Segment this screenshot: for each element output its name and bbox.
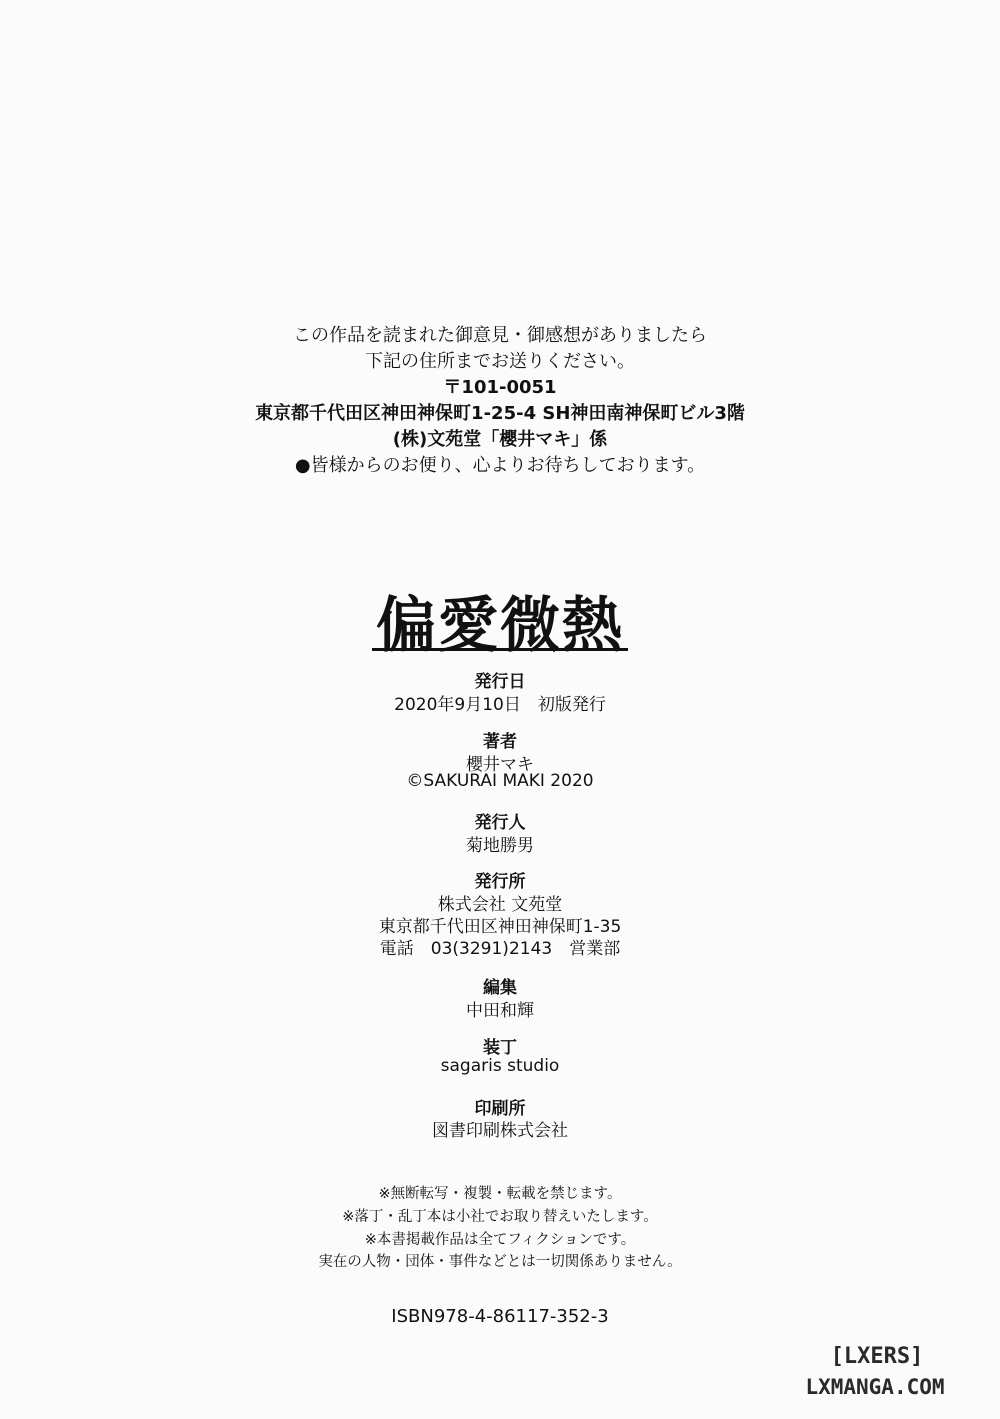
- book-title: 偏愛微熱: [0, 578, 1000, 664]
- notice-line-1: この作品を読まれた御意見・御感想がありましたら: [0, 321, 1000, 347]
- publisher-label: 発行所: [0, 867, 1000, 892]
- disclaimer-4: 実在の人物・団体・事件などとは一切関係ありません。: [0, 1250, 1000, 1271]
- notice-line-6: ●皆様からのお便り、心よりお待ちしております。: [0, 451, 1000, 477]
- publisher-phone: 電話 03(3291)2143 営業部: [0, 934, 1000, 959]
- isbn: ISBN978-4-86117-352-3: [0, 1306, 1000, 1327]
- design-value: sagaris studio: [0, 1056, 1000, 1076]
- design-label: 装丁: [0, 1033, 1000, 1058]
- notice-line-2: 下記の住所までお送りください。: [0, 347, 1000, 373]
- mailing-recipient: (株)文苑堂「櫻井マキ」係: [0, 425, 1000, 451]
- disclaimer-3: ※本書掲載作品は全てフィクションです。: [0, 1228, 1000, 1249]
- publication-date-label: 発行日: [0, 667, 1000, 692]
- editor-value: 中田和輝: [0, 996, 1000, 1021]
- editor-label: 編集: [0, 973, 1000, 998]
- disclaimer-2: ※落丁・乱丁本は小社でお取り替えいたします。: [0, 1205, 1000, 1226]
- publisher-person-label: 発行人: [0, 808, 1000, 833]
- title-divider: [372, 648, 628, 651]
- watermark-site-name: LXMANGA.COM: [800, 1375, 950, 1399]
- author-label: 著者: [0, 727, 1000, 752]
- postal-code: 〒101-0051: [0, 373, 1000, 399]
- publication-date-value: 2020年9月10日 初版発行: [0, 690, 1000, 715]
- publisher-person-value: 菊地勝男: [0, 831, 1000, 856]
- copyright-notice: ©SAKURAI MAKI 2020: [0, 771, 1000, 791]
- mailing-address: 東京都千代田区神田神保町1-25-4 SH神田南神保町ビル3階: [0, 399, 1000, 425]
- printer-value: 図書印刷株式会社: [0, 1116, 1000, 1141]
- watermark-group-name: [LXERS]: [802, 1344, 952, 1369]
- disclaimer-1: ※無断転写・複製・転載を禁じます。: [0, 1182, 1000, 1203]
